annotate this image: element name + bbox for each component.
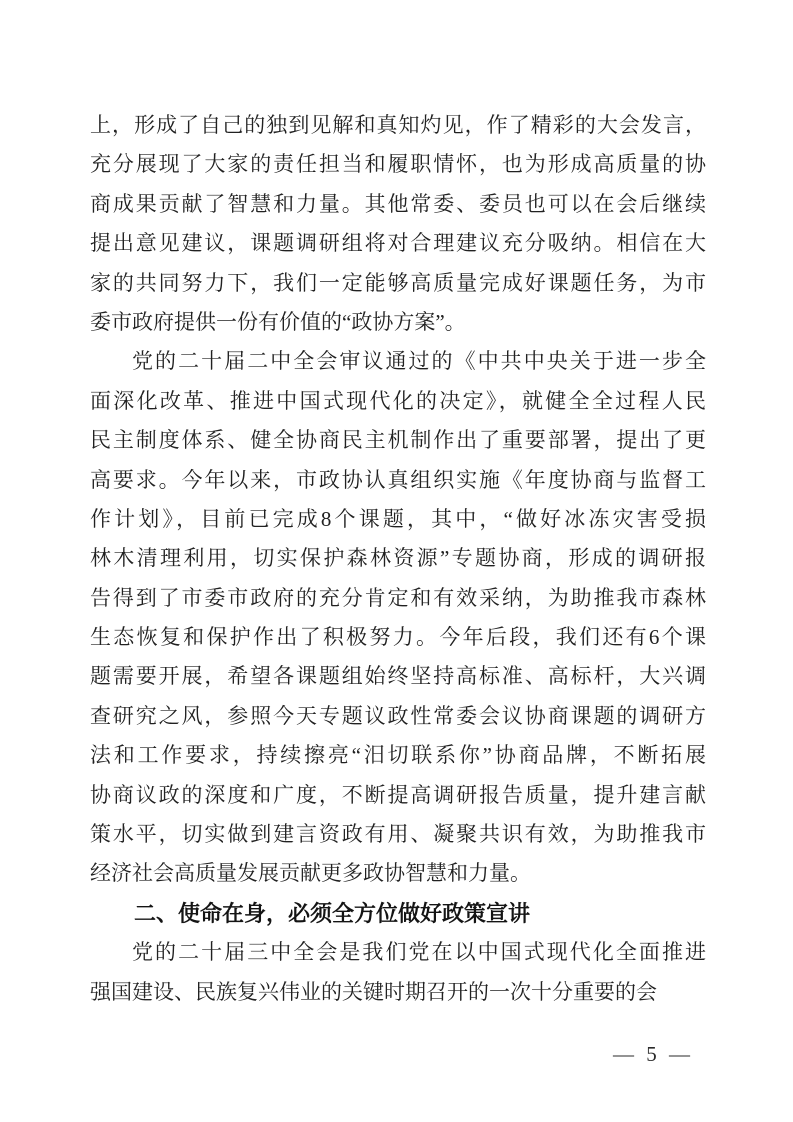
text-line: 生态恢复和保护作出了积极努力。今年后段，我们还有6个课	[90, 618, 706, 657]
text-line: 查研究之风，参照今天专题议政性常委会议协商课题的调研方	[90, 697, 706, 736]
text-line: 题需要开展，希望各课题组始终坚持高标准、高标杆，大兴调	[90, 657, 706, 696]
text-line: 协商议政的深度和广度，不断提高调研报告质量，提升建言献	[90, 776, 706, 815]
text-line: 作计划》，目前已完成8个课题，其中，“做好冰冻灾害受损	[90, 500, 706, 539]
paragraph-3: 党的二十届三中全会是我们党在以中国式现代化全面推进强国建设、民族复兴伟业的关键时…	[90, 933, 706, 1012]
text-line: 高要求。今年以来，市政协认真组织实施《年度协商与监督工	[90, 461, 706, 500]
text-line: 告得到了市委市政府的充分肯定和有效采纳，为助推我市森林	[90, 579, 706, 618]
text-line: 提出意见建议，课题调研组将对合理建议充分吸纳。相信在大	[90, 224, 706, 263]
text-line: 面深化改革、推进中国式现代化的决定》，就健全全过程人民	[90, 382, 706, 421]
page-number: — 5 —	[613, 1040, 690, 1068]
text-line: 党的二十届二中全会审议通过的《中共中央关于进一步全	[90, 342, 706, 381]
text-line: 经济社会高质量发展贡献更多政协智慧和力量。	[90, 854, 706, 893]
heading-line: 二、使命在身，必须全方位做好政策宣讲	[90, 894, 706, 933]
section-heading-2: 二、使命在身，必须全方位做好政策宣讲	[90, 894, 706, 933]
text-line: 充分展现了大家的责任担当和履职情怀，也为形成高质量的协	[90, 145, 706, 184]
text-line: 委市政府提供一份有价值的“政协方案”。	[90, 303, 706, 342]
text-line: 民主制度体系、健全协商民主机制作出了重要部署，提出了更	[90, 421, 706, 460]
text-line: 商成果贡献了智慧和力量。其他常委、委员也可以在会后继续	[90, 185, 706, 224]
paragraph-1: 上，形成了自己的独到见解和真知灼见，作了精彩的大会发言，充分展现了大家的责任担当…	[90, 106, 706, 342]
paragraph-2: 党的二十届二中全会审议通过的《中共中央关于进一步全面深化改革、推进中国式现代化的…	[90, 342, 706, 893]
document-body: 上，形成了自己的独到见解和真知灼见，作了精彩的大会发言，充分展现了大家的责任担当…	[90, 106, 706, 1012]
text-line: 党的二十届三中全会是我们党在以中国式现代化全面推进	[90, 933, 706, 972]
document-page: 上，形成了自己的独到见解和真知灼见，作了精彩的大会发言，充分展现了大家的责任担当…	[0, 0, 793, 1122]
text-line: 强国建设、民族复兴伟业的关键时期召开的一次十分重要的会	[90, 973, 706, 1012]
text-line: 家的共同努力下，我们一定能够高质量完成好课题任务，为市	[90, 264, 706, 303]
text-line: 林木清理利用，切实保护森林资源”专题协商，形成的调研报	[90, 539, 706, 578]
text-line: 上，形成了自己的独到见解和真知灼见，作了精彩的大会发言，	[90, 106, 706, 145]
text-line: 策水平，切实做到建言资政有用、凝聚共识有效，为助推我市	[90, 815, 706, 854]
text-line: 法和工作要求，持续擦亮“汨切联系你”协商品牌，不断拓展	[90, 736, 706, 775]
